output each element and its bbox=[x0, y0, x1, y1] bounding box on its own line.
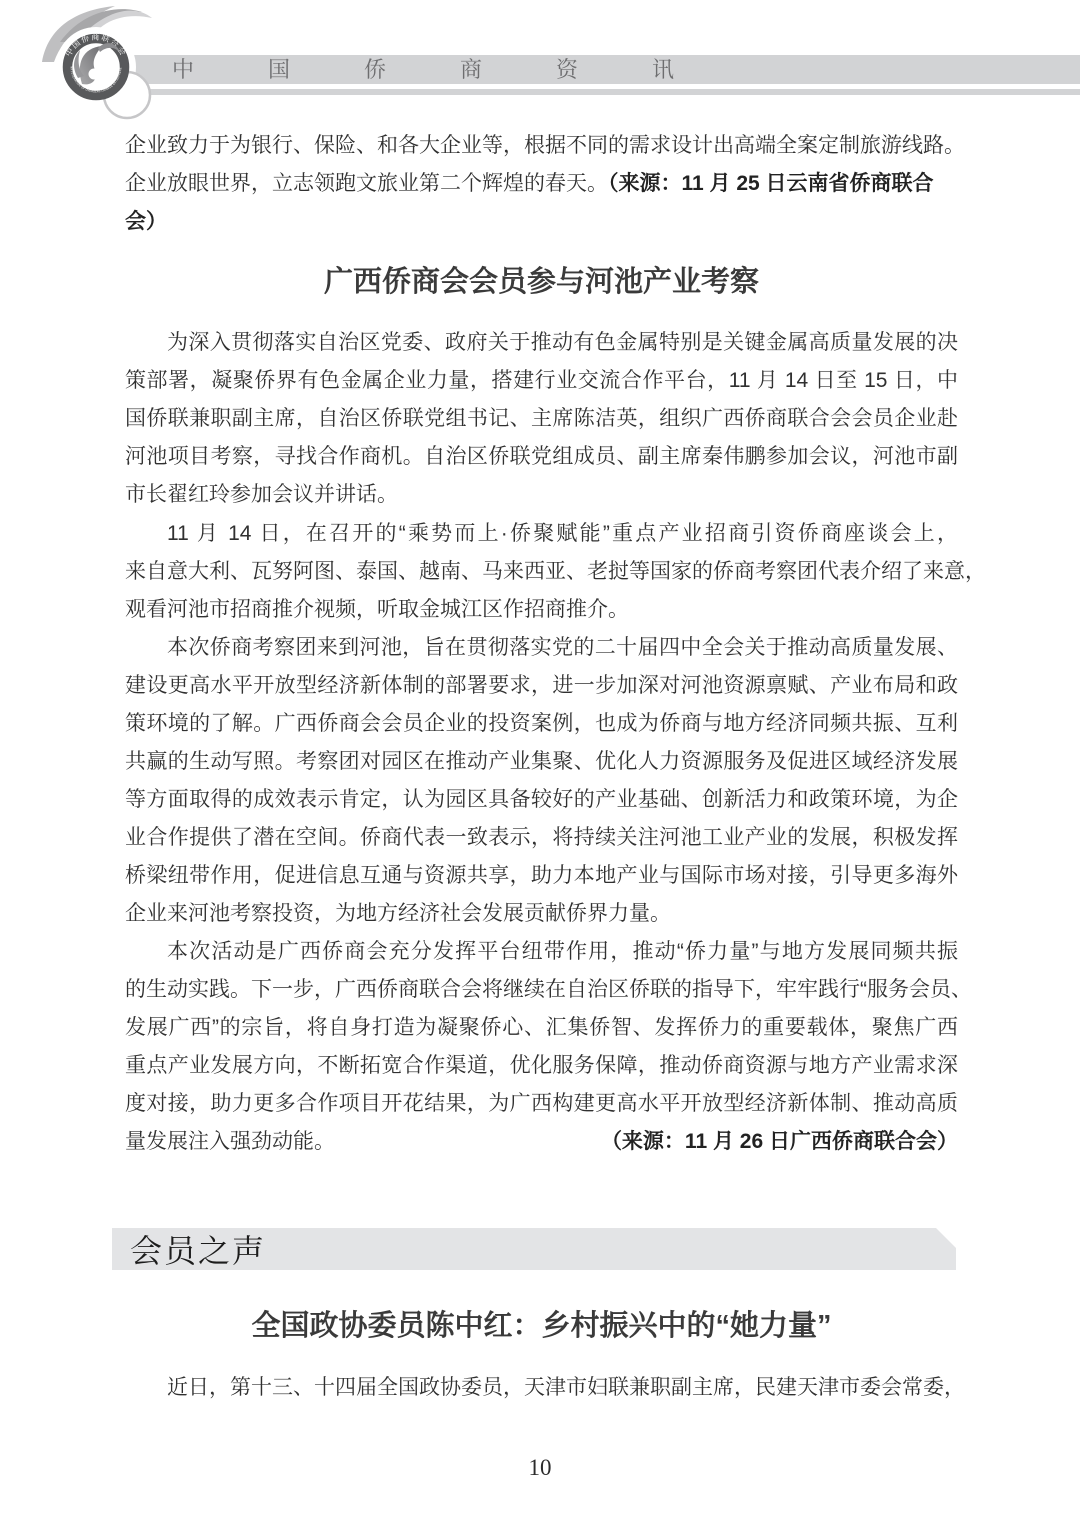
article1-paragraph1: 为深入贯彻落实自治区党委、政府关于推动有色金属特别是关键金属高质量发展的决策部署… bbox=[125, 324, 958, 514]
source-citation: （来源：11 月 26 日广西侨商联合会） bbox=[601, 1123, 958, 1161]
text-line: 业合作提供了潜在空间。侨商代表一致表示，将持续关注河池工业产业的发展，积极发挥 bbox=[125, 819, 958, 857]
section-header-member-voice: 会员之声 bbox=[112, 1228, 956, 1270]
article1-paragraph4: 本次活动是广西侨商会充分发挥平台纽带作用，推动“侨力量”与地方发展同频共振的生动… bbox=[125, 933, 958, 1123]
federation-logo-icon: 中国侨商联合会 CHINA FEDERATION OF OVERSEAS CHI… bbox=[30, 2, 170, 130]
text-line: 桥梁纽带作用，促进信息互通与资源共享，助力本地产业与国际市场对接，引导更多海外 bbox=[125, 857, 958, 895]
text-line: 近日，第十三、十四届全国政协委员，天津市妇联兼职副主席，民建天津市委会常委， bbox=[125, 1369, 958, 1407]
article2-paragraph1: 近日，第十三、十四届全国政协委员，天津市妇联兼职副主席，民建天津市委会常委， bbox=[125, 1369, 958, 1407]
text-line: 的生动实践。下一步，广西侨商联合会将继续在自治区侨联的指导下，牢牢践行“服务会员… bbox=[125, 971, 958, 1009]
text-line: 等方面取得的成效表示肯定，认为园区具备较好的产业基础、创新活力和政策环境，为企 bbox=[125, 781, 958, 819]
text-line: 度对接，助力更多合作项目开花结果，为广西构建更高水平开放型经济新体制、推动高质 bbox=[125, 1085, 958, 1123]
text-line: 市长翟红玲参加会议并讲话。 bbox=[125, 476, 958, 514]
intro-line2-text: 企业放眼世界，立志领跑文旅业第二个辉煌的春天。 bbox=[125, 172, 608, 195]
text-line: 来自意大利、瓦努阿图、泰国、越南、马来西亚、老挝等国家的侨商考察团代表介绍了来意… bbox=[125, 553, 958, 591]
text-line: 国侨联兼职副主席，自治区侨联党组书记、主席陈洁英，组织广西侨商联合会会员企业赴 bbox=[125, 400, 958, 438]
text-line: 策部署，凝聚侨界有色金属企业力量，搭建行业交流合作平台，11 月 14 日至 1… bbox=[125, 362, 958, 400]
text-line: 本次侨商考察团来到河池，旨在贯彻落实党的二十届四中全会关于推动高质量发展、 bbox=[125, 629, 958, 667]
text-line: 重点产业发展方向，不断拓宽合作渠道，优化服务保障，推动侨商资源与地方产业需求深 bbox=[125, 1047, 958, 1085]
article1-paragraph3: 本次侨商考察团来到河池，旨在贯彻落实党的二十届四中全会关于推动高质量发展、建设更… bbox=[125, 629, 958, 933]
text-line: 河池项目考察，寻找合作商机。自治区侨联党组成员、副主席秦伟鹏参加会议，河池市副 bbox=[125, 438, 958, 476]
text-line: 建设更高水平开放型经济新体制的部署要求，进一步加深对河池资源禀赋、产业布局和政 bbox=[125, 667, 958, 705]
header-band: 中 国 侨 商 资 讯 bbox=[100, 55, 1080, 84]
text-line: 11 月 14 日，在召开的“乘势而上·侨聚赋能”重点产业招商引资侨商座谈会上， bbox=[125, 515, 958, 553]
text-line: 发展广西”的宗旨，将自身打造为凝聚侨心、汇集侨智、发挥侨力的重要载体，聚焦广西 bbox=[125, 1009, 958, 1047]
text-line: 共赢的生动写照。考察团对园区在推动产业集聚、优化人力资源服务及促进区域经济发展 bbox=[125, 743, 958, 781]
newsletter-page: 中 国 侨 商 资 讯 中国侨商联合会 CHINA FEDERATION OF … bbox=[0, 0, 1080, 1525]
text-line: 观看河池市招商推介视频，听取金城江区作招商推介。 bbox=[125, 591, 958, 629]
header-band-strip bbox=[100, 89, 1080, 95]
page-number: 10 bbox=[0, 1455, 1080, 1481]
article1-last-line: 量发展注入强劲动能。 （来源：11 月 26 日广西侨商联合会） bbox=[125, 1123, 958, 1161]
text-line: 策环境的了解。广西侨商会会员企业的投资案例，也成为侨商与地方经济同频共振、互利 bbox=[125, 705, 958, 743]
article1-title: 广西侨商会会员参与河池产业考察 bbox=[125, 260, 958, 304]
text-line: 企业放眼世界，立志领跑文旅业第二个辉煌的春天。（来源：11 月 25 日云南省侨… bbox=[125, 165, 958, 241]
newsletter-title: 中 国 侨 商 资 讯 bbox=[172, 55, 700, 84]
section-title: 会员之声 bbox=[130, 1229, 266, 1271]
article2-title: 全国政协委员陈中红：乡村振兴中的“她力量” bbox=[125, 1304, 958, 1348]
text-line: 企业来河池考察投资，为地方经济社会发展贡献侨界力量。 bbox=[125, 895, 958, 933]
flower-hole bbox=[89, 69, 100, 80]
text-line: 量发展注入强劲动能。 bbox=[125, 1123, 335, 1161]
intro-paragraph: 企业致力于为银行、保险、和各大企业等，根据不同的需求设计出高端全案定制旅游线路。… bbox=[125, 127, 958, 241]
text-line: 本次活动是广西侨商会充分发挥平台纽带作用，推动“侨力量”与地方发展同频共振 bbox=[125, 933, 958, 971]
text-line: 为深入贯彻落实自治区党委、政府关于推动有色金属特别是关键金属高质量发展的决 bbox=[125, 324, 958, 362]
text-line: 企业致力于为银行、保险、和各大企业等，根据不同的需求设计出高端全案定制旅游线路。 bbox=[125, 127, 958, 165]
article1-paragraph2: 11 月 14 日，在召开的“乘势而上·侨聚赋能”重点产业招商引资侨商座谈会上，… bbox=[125, 515, 958, 629]
